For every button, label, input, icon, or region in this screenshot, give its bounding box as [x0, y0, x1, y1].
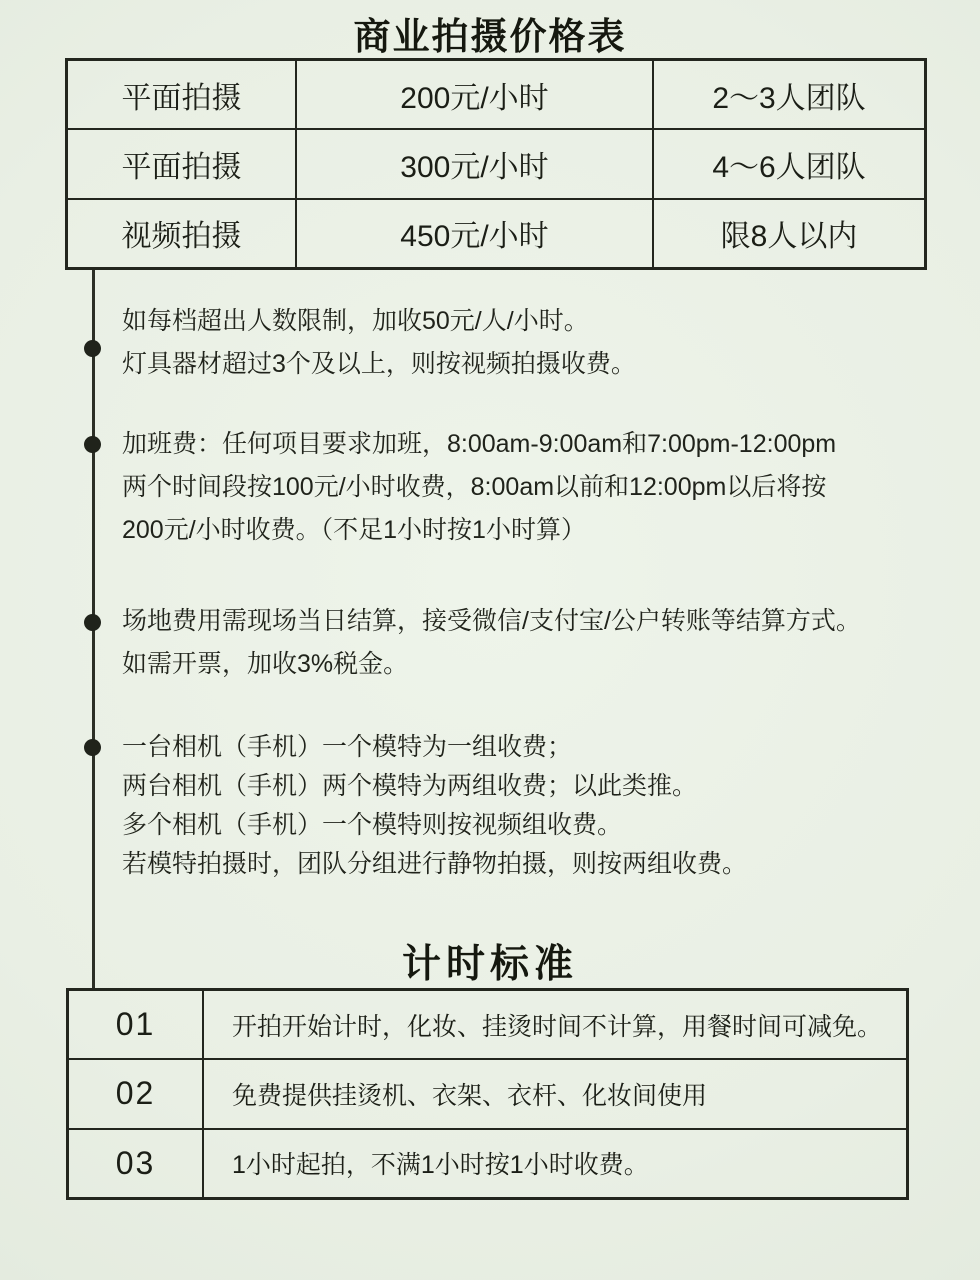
timing-table: 01 开拍开始计时，化妆、挂烫时间不计算，用餐时间可减免。 02 免费提供挂烫机…	[66, 988, 909, 1200]
note-line: 场地费用需现场当日结算，接受微信/支付宝/公户转账等结算方式。	[122, 600, 861, 643]
timing-cell-text: 1小时起拍，不满1小时按1小时收费。	[203, 1129, 908, 1199]
timing-cell-text: 免费提供挂烫机、衣架、衣杆、化妆间使用	[203, 1059, 908, 1128]
bullet-dot-icon	[84, 436, 101, 453]
timing-table-row: 03 1小时起拍，不满1小时按1小时收费。	[68, 1129, 908, 1199]
price-cell-team: 限8人以内	[653, 199, 926, 269]
price-cell-type: 视频拍摄	[67, 199, 297, 269]
price-table-row: 平面拍摄 300元/小时 4～6人团队	[67, 129, 926, 198]
note-line: 200元/小时收费。（不足1小时按1小时算）	[122, 509, 836, 552]
price-cell-team: 2～3人团队	[653, 60, 926, 130]
bullet-dot-icon	[84, 614, 101, 631]
price-cell-rate: 200元/小时	[296, 60, 653, 130]
timing-section-title: 计时标准	[0, 933, 980, 989]
note-overtime-fee: 加班费：任何项目要求加班，8:00am-9:00am和7:00pm-12:00p…	[122, 423, 836, 552]
bullet-dot-icon	[84, 340, 101, 357]
price-cell-rate: 300元/小时	[296, 129, 653, 198]
timing-cell-number: 01	[68, 990, 204, 1060]
note-line: 两台相机（手机）两个模特为两组收费；以此类推。	[122, 767, 747, 806]
pricing-poster: 商业拍摄价格表 平面拍摄 200元/小时 2～3人团队 平面拍摄 300元/小时…	[0, 0, 980, 1280]
note-line: 灯具器材超过3个及以上，则按视频拍摄收费。	[122, 343, 636, 386]
price-table: 平面拍摄 200元/小时 2～3人团队 平面拍摄 300元/小时 4～6人团队 …	[65, 58, 927, 270]
price-cell-rate: 450元/小时	[296, 199, 653, 269]
note-line: 两个时间段按100元/小时收费，8:00am以前和12:00pm以后将按	[122, 466, 836, 509]
timing-cell-text: 开拍开始计时，化妆、挂烫时间不计算，用餐时间可减免。	[203, 990, 908, 1060]
note-group-counting: 一台相机（手机）一个模特为一组收费； 两台相机（手机）两个模特为两组收费；以此类…	[122, 728, 747, 884]
note-line: 如需开票，加收3%税金。	[122, 643, 861, 686]
timing-table-row: 02 免费提供挂烫机、衣架、衣杆、化妆间使用	[68, 1059, 908, 1128]
price-table-row: 平面拍摄 200元/小时 2～3人团队	[67, 60, 926, 130]
note-line: 加班费：任何项目要求加班，8:00am-9:00am和7:00pm-12:00p…	[122, 423, 836, 466]
timing-cell-number: 03	[68, 1129, 204, 1199]
price-cell-team: 4～6人团队	[653, 129, 926, 198]
note-payment: 场地费用需现场当日结算，接受微信/支付宝/公户转账等结算方式。 如需开票，加收3…	[122, 600, 861, 686]
note-line: 若模特拍摄时，团队分组进行静物拍摄，则按两组收费。	[122, 845, 747, 884]
page-title: 商业拍摄价格表	[0, 6, 980, 60]
timing-cell-number: 02	[68, 1059, 204, 1128]
timing-table-row: 01 开拍开始计时，化妆、挂烫时间不计算，用餐时间可减免。	[68, 990, 908, 1060]
price-cell-type: 平面拍摄	[67, 60, 297, 130]
note-line: 如每档超出人数限制，加收50元/人/小时。	[122, 300, 636, 343]
note-line: 一台相机（手机）一个模特为一组收费；	[122, 728, 747, 767]
note-line: 多个相机（手机）一个模特则按视频组收费。	[122, 806, 747, 845]
bullet-dot-icon	[84, 739, 101, 756]
price-table-row: 视频拍摄 450元/小时 限8人以内	[67, 199, 926, 269]
price-cell-type: 平面拍摄	[67, 129, 297, 198]
note-overcapacity: 如每档超出人数限制，加收50元/人/小时。 灯具器材超过3个及以上，则按视频拍摄…	[122, 300, 636, 386]
